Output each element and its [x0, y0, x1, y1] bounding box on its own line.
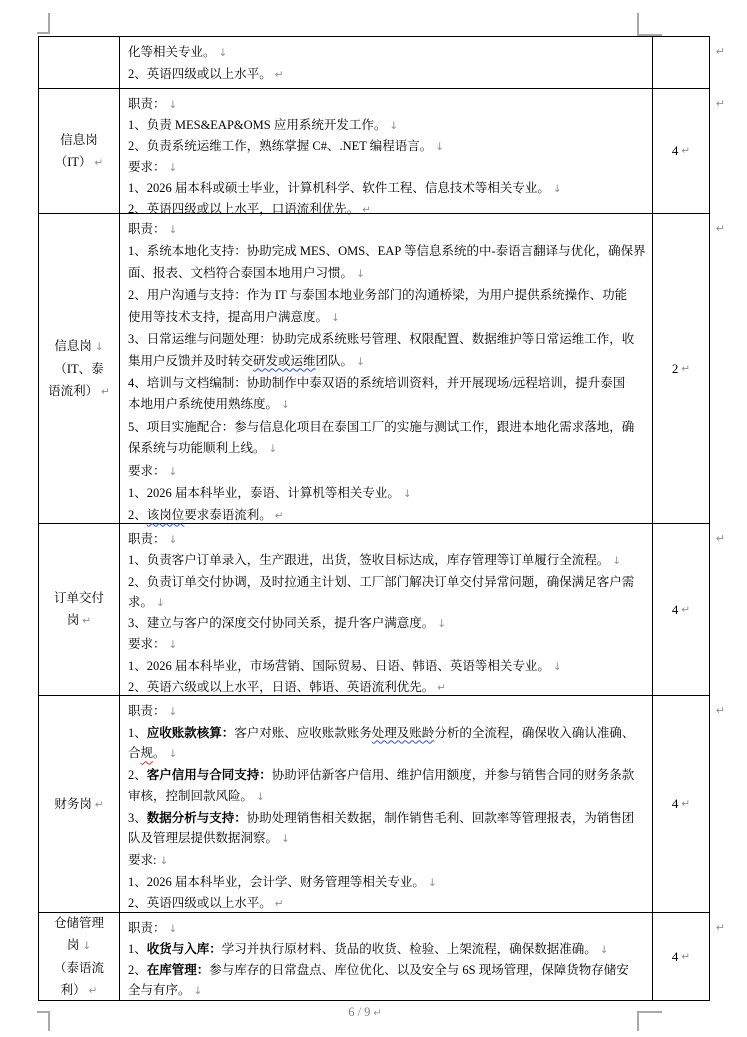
headcount-cell[interactable]: 2↵ — [653, 214, 709, 523]
text-segment: 职责： — [128, 532, 166, 546]
position-cell[interactable]: 仓储管理岗↓（泰语流利）↵ — [39, 913, 120, 1000]
text-line: 队及管理层提供数据洞察。↓ — [128, 828, 648, 850]
line-break-mark: ↓ — [219, 47, 228, 59]
position-cell[interactable]: 财务岗↵ — [39, 696, 120, 912]
text-line: 要求：↓ — [128, 461, 648, 483]
line-break-mark: ↓ — [159, 855, 168, 867]
position-label-line: 信息岗 — [60, 129, 98, 151]
headcount-value: 4 — [672, 602, 679, 618]
cell-end-mark: ↵ — [101, 386, 110, 398]
text-line: 集用户反馈并及时转交研发或运维团队。↓ — [128, 351, 648, 373]
text-segment: 2、 — [128, 963, 147, 977]
position-label-line: 利）↵ — [61, 979, 98, 1002]
position-cell[interactable] — [39, 37, 120, 88]
row-end-mark: ↵ — [716, 222, 725, 235]
line-break-mark: ↓ — [169, 466, 178, 478]
text-segment: 面、报表、文档符合泰国本地用户习惯。 — [128, 266, 353, 280]
page-number-text: 6 / 9 — [348, 1005, 370, 1019]
text-line: 职责：↓ — [128, 701, 648, 723]
text-segment: 2、负责订单交付协调，及时拉通主计划、工厂部门解决订单交付异常问题，确保满足客户… — [128, 575, 634, 589]
line-break-mark: ↓ — [256, 791, 265, 803]
text-segment: 1、2026 届本科毕业，市场营销、国际贸易、日语、韩语、英语等相关专业。 — [128, 659, 550, 673]
text-segment: 要求： — [128, 464, 166, 478]
text-segment-bold: 收货与入库： — [147, 942, 222, 956]
description-cell[interactable]: 职责：↓1、应收账款核算：客户对账、应收账款账务处理及账龄分析的全流程，确保收入… — [120, 696, 653, 912]
text-segment: 。 — [153, 746, 166, 760]
cell-end-mark: ↵ — [275, 510, 284, 522]
text-line: 求。↓ — [128, 592, 648, 613]
position-cell[interactable]: 信息岗↓（IT、泰语流利）↵ — [39, 214, 120, 523]
text-line: 职责：↓ — [128, 219, 648, 241]
description-cell[interactable]: 化等相关专业。↓2、英语四级或以上水平。↵ — [120, 37, 653, 88]
position-cell[interactable]: 信息岗（IT）↵ — [39, 89, 120, 213]
margin-corner-mark-top-left — [37, 13, 50, 34]
text-line: 3、建立与客户的深度交付协同关系，提升客户满意度。↓ — [128, 613, 648, 634]
line-break-mark: ↓ — [281, 399, 290, 411]
text-segment: 队及管理层提供数据洞察。 — [128, 831, 278, 845]
text-segment: 协助评估新客户信用、维护信用额度，并参与销售合同的财务条款 — [272, 768, 635, 782]
text-line: 职责：↓ — [128, 94, 648, 115]
text-segment: 1、 — [128, 726, 147, 740]
job-positions-table: 化等相关专业。↓2、英语四级或以上水平。↵↵信息岗（IT）↵职责：↓1、负责 M… — [38, 36, 710, 1001]
line-break-mark: ↓ — [169, 224, 178, 236]
text-segment: 1、2026 届本科或硕士毕业，计算机科学、软件工程、信息技术等相关专业。 — [128, 181, 550, 195]
description-cell[interactable]: 职责：↓1、负责客户订单录入，生产跟进，出货，签收目标达成，库存管理等订单履行全… — [120, 524, 653, 695]
table-row: 信息岗↓（IT、泰语流利）↵职责：↓1、系统本地化支持：协助完成 MES、OMS… — [39, 214, 709, 524]
text-segment: 集用户反馈并及时转交 — [128, 354, 253, 368]
text-segment: 3、建立与客户的深度交付协同关系，提升客户满意度。 — [128, 616, 434, 630]
position-label-line: 岗↓ — [67, 934, 91, 957]
line-break-mark: ↓ — [428, 877, 437, 889]
line-break-mark: ↓ — [356, 356, 365, 368]
text-segment: 团队。 — [316, 354, 354, 368]
text-line: 1、2026 届本科毕业，市场营销、国际贸易、日语、韩语、英语等相关专业。↓ — [128, 656, 648, 677]
text-segment: 要求： — [128, 160, 166, 174]
text-line: 3、日常运维与问题处理：协助完成系统账号管理、权限配置、数据维护等日常运维工作，… — [128, 329, 648, 350]
text-segment: 合 — [128, 746, 141, 760]
table-row: 信息岗（IT）↵职责：↓1、负责 MES&EAP&OMS 应用系统开发工作。↓2… — [39, 89, 709, 214]
text-segment: 2、 — [128, 508, 147, 522]
text-segment: 3、日常运维与问题处理：协助完成系统账号管理、权限配置、数据维护等日常运维工作，… — [128, 332, 634, 346]
text-line: 2、在库管理：参与库存的日常盘点、库位优化、以及安全与 6S 现场管理，保障货物… — [128, 960, 648, 980]
text-segment-bold: 在库管理： — [147, 963, 210, 977]
cell-end-mark: ↵ — [681, 145, 690, 157]
text-segment: 保系统与功能顺利上线。 — [128, 441, 266, 455]
text-segment-bold: 数据分析与支持： — [147, 811, 247, 825]
text-segment: 本地用户系统使用熟练度。 — [128, 397, 278, 411]
line-break-mark: ↓ — [389, 120, 398, 132]
text-segment: 5、项目实施配合：参与信息化项目在泰国工厂的实施与测试工作，跟进本地化需求落地，… — [128, 420, 634, 434]
text-segment-wavy-blue: 研发或运维 — [253, 354, 316, 368]
description-cell[interactable]: 职责：↓1、负责 MES&EAP&OMS 应用系统开发工作。↓2、负责系统运维工… — [120, 89, 653, 213]
text-segment-wavy-blue: 处理及账龄 — [372, 726, 435, 740]
headcount-value: 2 — [672, 361, 679, 377]
text-line: 要求：↓ — [128, 157, 648, 178]
line-break-mark: ↓ — [169, 748, 178, 760]
cell-end-mark: ↵ — [437, 682, 446, 694]
position-label-line: （IT）↵ — [55, 151, 104, 174]
text-line: 1、2026 届本科或硕士毕业，计算机科学、软件工程、信息技术等相关专业。↓ — [128, 178, 648, 199]
text-line: 审核，控制回款风险。↓ — [128, 786, 648, 808]
text-segment: 求。 — [128, 595, 153, 609]
text-segment: 参与库存的日常盘点、库位优化、以及安全与 6S 现场管理，保障货物存储安 — [209, 963, 628, 977]
text-line: 面、报表、文档符合泰国本地用户习惯。↓ — [128, 263, 648, 285]
text-line: 2、英语四级或以上水平。↵ — [128, 64, 648, 86]
text-line: 保系统与功能顺利上线。↓ — [128, 438, 648, 460]
text-line: 全与有序。↓ — [128, 980, 648, 1001]
text-segment: 1、2026 届本科毕业，泰语、计算机等相关专业。 — [128, 486, 400, 500]
line-break-mark: ↓ — [269, 443, 278, 455]
headcount-cell[interactable]: 4↵ — [653, 913, 709, 1000]
text-segment: 3、 — [128, 811, 147, 825]
text-segment-wavy-red: 规 — [141, 746, 154, 760]
line-break-mark: ↓ — [169, 923, 178, 935]
line-break-mark: ↓ — [600, 944, 609, 956]
row-end-mark: ↵ — [716, 97, 725, 110]
text-line: 2、负责订单交付协调，及时拉通主计划、工厂部门解决订单交付异常问题，确保满足客户… — [128, 572, 648, 592]
text-segment-bold: 客户信用与合同支持： — [147, 768, 272, 782]
text-segment: 化等相关专业。 — [128, 45, 216, 59]
headcount-cell[interactable] — [653, 37, 709, 88]
text-line: 本地用户系统使用熟练度。↓ — [128, 394, 648, 416]
position-label-line: 信息岗↓ — [54, 335, 103, 358]
line-break-mark: ↓ — [169, 639, 178, 651]
text-line: 1、负责客户订单录入，生产跟进，出货，签收目标达成，库存管理等订单履行全流程。↓ — [128, 550, 648, 571]
text-segment: 要求： — [128, 637, 166, 651]
text-line: 使用等技术支持，提高用户满意度。↓ — [128, 307, 648, 329]
text-segment: 1、 — [128, 942, 147, 956]
line-break-mark: ↓ — [194, 985, 203, 997]
text-segment: 1、2026 届本科毕业，会计学、财务管理等相关专业。 — [128, 875, 425, 889]
word-document-page: { "document": { "page_number": "6 / 9", … — [0, 0, 747, 1037]
text-segment: 审核，控制回款风险。 — [128, 789, 253, 803]
cell-end-mark: ↵ — [681, 604, 690, 616]
text-segment: 2、英语六级或以上水平，日语、韩语、英语流利优先。 — [128, 680, 434, 694]
cell-end-mark: ↵ — [275, 898, 284, 910]
text-segment: 2、英语四级或以上水平。 — [128, 67, 272, 81]
position-label-line: 订单交付 — [54, 587, 104, 609]
text-segment: 1、系统本地化支持：协助完成 MES、OMS、EAP 等信息系统的中-泰语言翻译… — [128, 244, 646, 258]
cell-end-mark: ↵ — [95, 157, 104, 169]
text-segment-wavy-blue: 该岗位 — [147, 508, 185, 522]
position-label-line: 岗↵ — [67, 609, 91, 632]
text-line: 2、英语四级或以上水平。↵ — [128, 893, 648, 915]
text-segment: 职责： — [128, 921, 166, 935]
text-line: 1、系统本地化支持：协助完成 MES、OMS、EAP 等信息系统的中-泰语言翻译… — [128, 241, 648, 262]
cell-end-mark: ↵ — [95, 799, 104, 811]
text-segment: 学习并执行原材料、货品的收货、检验、上架流程，确保数据准确。 — [222, 942, 597, 956]
cell-end-mark: ↵ — [89, 985, 98, 997]
headcount-value: 4 — [672, 949, 679, 965]
text-segment: 4、培训与文档编制：协助制作中泰双语的系统培训资料，并开展现场/远程培训，提升泰… — [128, 376, 625, 390]
page-number: 6 / 9↵ — [0, 1005, 730, 1020]
text-line: 5、项目实施配合：参与信息化项目在泰国工厂的实施与测试工作，跟进本地化需求落地，… — [128, 417, 648, 438]
text-line: 1、2026 届本科毕业，会计学、财务管理等相关专业。↓ — [128, 872, 648, 894]
cell-end-mark: ↵ — [681, 951, 690, 963]
text-line: 1、负责 MES&EAP&OMS 应用系统开发工作。↓ — [128, 115, 648, 136]
text-segment: 2、 — [128, 768, 147, 782]
text-line: 4、培训与文档编制：协助制作中泰双语的系统培训资料，并开展现场/远程培训，提升泰… — [128, 373, 648, 394]
line-break-mark: ↓ — [612, 555, 621, 567]
text-line: 3、数据分析与支持：协助处理销售相关数据，制作销售毛利、回款率等管理报表，为销售… — [128, 808, 648, 829]
line-break-mark: ↓ — [82, 940, 91, 952]
text-line: 合规。↓ — [128, 743, 648, 765]
table-row: 化等相关专业。↓2、英语四级或以上水平。↵↵ — [39, 37, 709, 89]
line-break-mark: ↓ — [169, 534, 178, 546]
line-break-mark: ↓ — [281, 833, 290, 845]
description-cell[interactable]: 职责：↓1、收货与入库：学习并执行原材料、货品的收货、检验、上架流程，确保数据准… — [120, 913, 653, 1000]
position-label-line: （泰语流 — [54, 957, 104, 979]
cell-end-mark: ↵ — [681, 798, 690, 810]
text-line: 职责：↓ — [128, 529, 648, 550]
position-label-line: 仓储管理 — [54, 912, 104, 934]
text-segment: 要求泰语流利。 — [184, 508, 272, 522]
text-line: 1、应收账款核算：客户对账、应收账款账务处理及账龄分析的全流程，确保收入确认准确… — [128, 723, 648, 744]
text-segment-bold: 应收账款核算： — [147, 726, 235, 740]
position-label-line: （IT、泰 — [54, 358, 103, 380]
text-segment: 职责： — [128, 222, 166, 236]
table-row: 仓储管理岗↓（泰语流利）↵职责：↓1、收货与入库：学习并执行原材料、货品的收货、… — [39, 913, 709, 1000]
line-break-mark: ↓ — [437, 618, 446, 630]
line-break-mark: ↓ — [403, 488, 412, 500]
position-cell[interactable]: 订单交付岗↵ — [39, 524, 120, 695]
line-break-mark: ↓ — [169, 99, 178, 111]
text-segment: 要求: — [128, 853, 156, 867]
line-break-mark: ↓ — [169, 162, 178, 174]
text-segment: 全与有序。 — [128, 983, 191, 997]
cell-end-mark: ↵ — [681, 363, 690, 375]
line-break-mark: ↓ — [331, 312, 340, 324]
text-line: 2、客户信用与合同支持：协助评估新客户信用、维护信用额度，并参与销售合同的财务条… — [128, 765, 648, 786]
headcount-value: 4 — [672, 796, 679, 812]
cell-end-mark: ↵ — [82, 615, 91, 627]
line-break-mark: ↓ — [553, 661, 562, 673]
text-segment: 2、用户沟通与支持：作为 IT 与泰国本地业务部门的沟通桥梁，为用户提供系统操作… — [128, 288, 627, 302]
text-line: 1、收货与入库：学习并执行原材料、货品的收货、检验、上架流程，确保数据准确。↓ — [128, 939, 648, 960]
row-end-mark: ↵ — [716, 45, 725, 58]
text-line: 职责：↓ — [128, 918, 648, 939]
line-break-mark: ↓ — [435, 141, 444, 153]
text-segment: 2、英语四级或以上水平。 — [128, 896, 272, 910]
row-end-mark: ↵ — [716, 532, 725, 545]
line-break-mark: ↓ — [356, 268, 365, 280]
text-segment: 客户对账、应收账款账务 — [234, 726, 372, 740]
line-break-mark: ↓ — [156, 597, 165, 609]
text-line: 要求:↓ — [128, 850, 648, 872]
text-segment: 职责： — [128, 97, 166, 111]
row-end-mark: ↵ — [716, 704, 725, 717]
cell-end-mark: ↵ — [275, 69, 284, 81]
text-segment: 职责： — [128, 704, 166, 718]
table-row: 订单交付岗↵职责：↓1、负责客户订单录入，生产跟进，出货，签收目标达成，库存管理… — [39, 524, 709, 696]
text-segment: 协助处理销售相关数据，制作销售毛利、回款率等管理报表，为销售团 — [247, 811, 635, 825]
text-line: 1、2026 届本科毕业，泰语、计算机等相关专业。↓ — [128, 483, 648, 505]
row-end-mark: ↵ — [716, 921, 725, 934]
headcount-cell[interactable]: 4↵ — [653, 89, 709, 213]
position-label-line: 财务岗↵ — [54, 793, 103, 816]
text-segment: 2、负责系统运维工作，熟练掌握 C#、.NET 编程语言。 — [128, 139, 432, 153]
line-break-mark: ↓ — [553, 183, 562, 195]
headcount-cell[interactable]: 4↵ — [653, 696, 709, 912]
line-break-mark: ↓ — [169, 706, 178, 718]
text-segment: 分析的全流程，确保收入确认准确、 — [434, 726, 634, 740]
text-line: 2、用户沟通与支持：作为 IT 与泰国本地业务部门的沟通桥梁，为用户提供系统操作… — [128, 285, 648, 306]
margin-corner-mark-top-right — [637, 13, 662, 36]
text-segment: 1、负责 MES&EAP&OMS 应用系统开发工作。 — [128, 118, 386, 132]
text-line: 2、负责系统运维工作，熟练掌握 C#、.NET 编程语言。↓ — [128, 136, 648, 157]
paragraph-mark: ↵ — [373, 1008, 381, 1019]
position-label-line: 语流利）↵ — [48, 380, 110, 403]
line-break-mark: ↓ — [95, 341, 104, 353]
text-segment: 使用等技术支持，提高用户满意度。 — [128, 310, 328, 324]
text-segment: 1、负责客户订单录入，生产跟进，出货，签收目标达成，库存管理等订单履行全流程。 — [128, 553, 609, 567]
text-line: 要求：↓ — [128, 634, 648, 655]
text-line: 化等相关专业。↓ — [128, 42, 648, 64]
description-cell[interactable]: 职责：↓1、系统本地化支持：协助完成 MES、OMS、EAP 等信息系统的中-泰… — [120, 214, 653, 523]
table-row: 财务岗↵职责：↓1、应收账款核算：客户对账、应收账款账务处理及账龄分析的全流程，… — [39, 696, 709, 913]
headcount-cell[interactable]: 4↵ — [653, 524, 709, 695]
text-line: 2、英语六级或以上水平，日语、韩语、英语流利优先。↵ — [128, 677, 648, 698]
headcount-value: 4 — [672, 143, 679, 159]
